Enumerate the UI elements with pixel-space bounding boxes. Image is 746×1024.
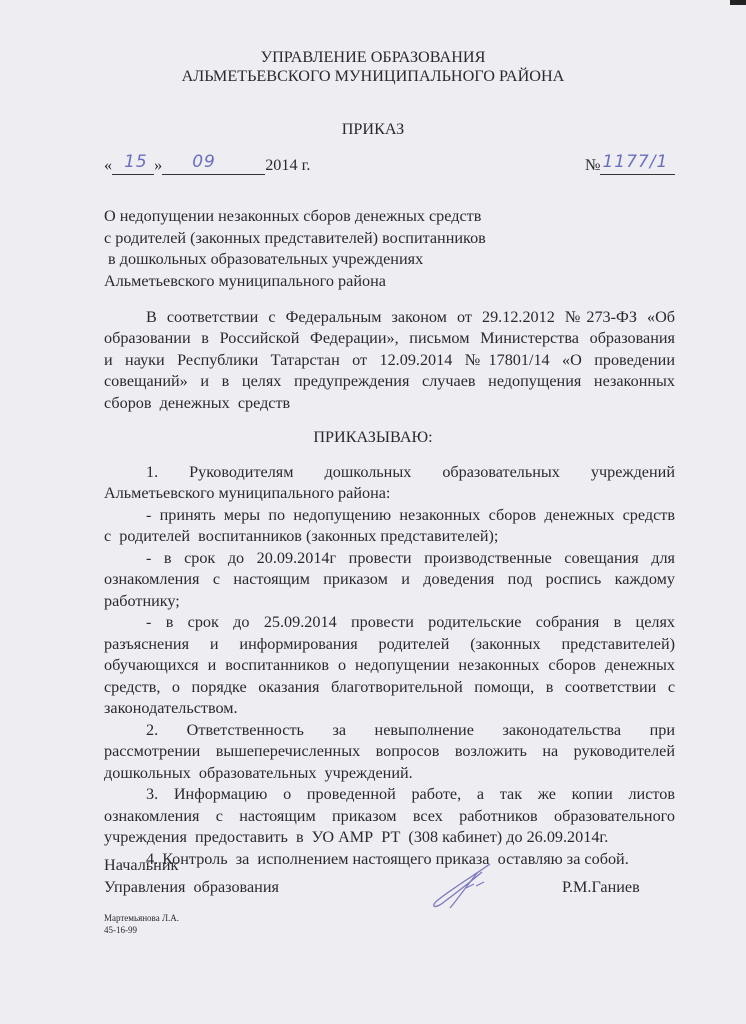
body-line: ознакомления с настоящим приказом всех р… bbox=[104, 807, 675, 826]
subject-line: в дошкольных образовательных учреждениях bbox=[104, 250, 423, 269]
date-day: 15 bbox=[124, 153, 148, 172]
org-name-line1: УПРАВЛЕНИЕ ОБРАЗОВАНИЯ bbox=[0, 48, 746, 67]
preamble-line: и науки Республики Татарстан от 12.09.20… bbox=[104, 351, 675, 370]
date-month-field: 09 bbox=[162, 156, 265, 175]
body-line: законодательством. bbox=[104, 699, 238, 718]
preamble-line: сборов денежных средств bbox=[104, 394, 290, 413]
body-line: 4. Контроль за исполнением настоящего пр… bbox=[146, 850, 629, 869]
date-month: 09 bbox=[192, 153, 216, 172]
order-number: №1177/1 bbox=[585, 156, 675, 175]
body-line: средств, о порядке оказания благотворите… bbox=[104, 678, 675, 697]
body-line: Альметьевского муниципального района: bbox=[104, 484, 390, 503]
order-heading: ПРИКАЗЫВАЮ: bbox=[0, 428, 746, 447]
preamble-line: В соответствии с Федеральным законом от … bbox=[146, 308, 675, 327]
date-open-quote: « bbox=[104, 156, 112, 174]
body-line: с родителей воспитанников (законных пред… bbox=[104, 527, 498, 546]
body-line: ознакомления с настоящим приказом и дове… bbox=[104, 570, 675, 589]
number-field: 1177/1 bbox=[600, 156, 675, 175]
body-line: 3. Информацию о проведенной работе, а та… bbox=[146, 785, 675, 804]
body-line: обучающихся и воспитанников о недопущени… bbox=[104, 656, 675, 675]
signer-title-line2: Управления образования bbox=[104, 878, 279, 897]
preamble-line: совещаний» и в целях предупреждения случ… bbox=[104, 372, 675, 391]
scan-corner-mark bbox=[730, 0, 746, 5]
number-prefix: № bbox=[585, 156, 600, 174]
date-day-field: 15 bbox=[112, 156, 154, 175]
body-line: - принять меры по недопущению незаконных… bbox=[146, 506, 675, 525]
doc-type-title: ПРИКАЗ bbox=[0, 120, 746, 139]
order-date: «15»092014 г. bbox=[104, 156, 310, 175]
executor-phone: 45-16-99 bbox=[104, 925, 137, 936]
body-line: разъяснения и информирования родителей (… bbox=[104, 635, 675, 654]
body-line: дошкольных образовательных учреждений. bbox=[104, 764, 413, 783]
body-line: учреждения предоставить в УО АМР РТ (308… bbox=[104, 828, 608, 847]
signer-title-line1: Начальник bbox=[104, 856, 178, 875]
body-line: - в срок до 25.09.2014 провести родитель… bbox=[146, 613, 675, 632]
body-line: - в срок до 20.09.2014г провести произво… bbox=[146, 549, 675, 568]
subject-line: О недопущении незаконных сборов денежных… bbox=[104, 207, 481, 226]
body-line: работнику; bbox=[104, 592, 180, 611]
date-close-quote: » bbox=[154, 156, 162, 174]
handwritten-signature-icon bbox=[420, 850, 520, 920]
subject-line: с родителей (законных представителей) во… bbox=[104, 229, 486, 248]
signer-name: Р.М.Ганиев bbox=[562, 878, 640, 897]
org-name-line2: АЛЬМЕТЬЕВСКОГО МУНИЦИПАЛЬНОГО РАЙОНА bbox=[0, 67, 746, 86]
body-line: 1. Руководителям дошкольных образователь… bbox=[146, 463, 675, 482]
subject-line: Альметьевского муниципального района bbox=[104, 272, 386, 291]
date-year: 2014 г. bbox=[265, 156, 310, 174]
body-line: 2. Ответственность за невыполнение закон… bbox=[146, 721, 675, 740]
document-page: УПРАВЛЕНИЕ ОБРАЗОВАНИЯ АЛЬМЕТЬЕВСКОГО МУ… bbox=[0, 0, 746, 1024]
body-line: рассмотрении вышеперечисленных вопросов … bbox=[104, 742, 675, 761]
number-value: 1177/1 bbox=[602, 153, 668, 172]
preamble-line: образовании в Российской Федерации», пис… bbox=[104, 329, 675, 348]
executor-name: Мартемьянова Л.А. bbox=[104, 913, 179, 924]
